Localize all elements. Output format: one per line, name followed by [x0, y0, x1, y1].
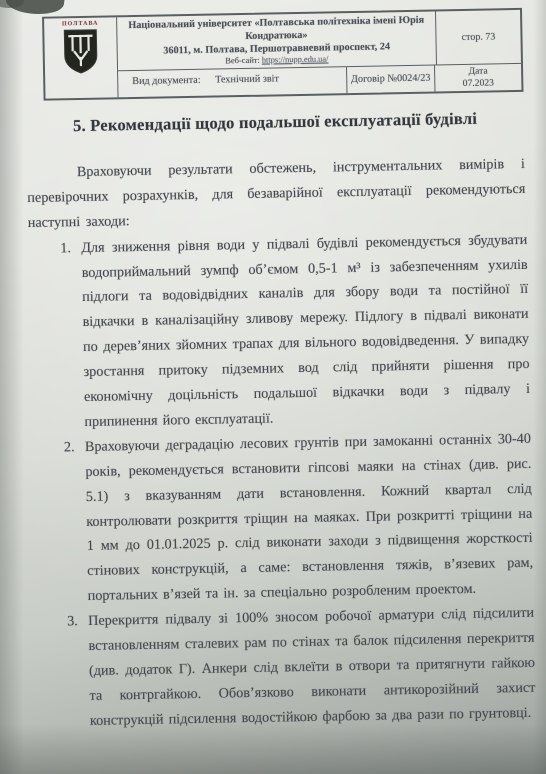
list-item: 3. Перекриття підвалу зі 100% зносом роб…	[33, 601, 537, 735]
date-label: Дата	[468, 66, 487, 78]
list-item: 1. Для зниження рівня води у підвалі буд…	[26, 227, 532, 435]
page-number-cell: стор. 73	[435, 10, 521, 64]
contract-cell: Договір №0024/23	[346, 65, 434, 93]
university-info-cell: Національний університет «Полтавська пол…	[117, 11, 436, 70]
header-logo-cell: ПОЛТАВА	[44, 17, 118, 98]
doc-type-value: Технічний звіт	[215, 73, 279, 85]
website-label: Веб-сайт:	[225, 56, 260, 66]
list-item-text: Для зниження рівня води у підвалі будівл…	[81, 227, 532, 434]
date-cell: Дата 07.2023	[434, 64, 521, 92]
logo-caption: ПОЛТАВА	[62, 21, 99, 28]
header-table: ПОЛТАВА	[42, 8, 523, 101]
header-table-top-row: Національний університет «Полтавська пол…	[117, 10, 521, 71]
doc-type-cell: Вид документа: Технічний звіт	[118, 67, 346, 97]
recommendations-list: 1. Для зниження рівня води у підвалі буд…	[26, 227, 537, 734]
contract-number: Договір №0024/23	[351, 73, 431, 85]
intro-paragraph: Враховуючи результати обстежень, інструм…	[27, 152, 526, 236]
list-item-number: 3.	[67, 609, 90, 734]
photo-shadow-left	[0, 0, 26, 774]
document-photo: ПОЛТАВА	[0, 0, 546, 774]
header-table-right: Національний університет «Полтавська пол…	[117, 10, 521, 97]
report-page: ПОЛТАВА	[22, 8, 537, 735]
section-title: 5. Рекомендації щодо подальшої експлуата…	[30, 108, 520, 137]
doc-type-label: Вид документа:	[132, 75, 201, 87]
university-name: Національний університет «Полтавська пол…	[128, 15, 424, 42]
list-item-text: Перекриття підвалу зі 100% зносом робочо…	[88, 601, 537, 734]
university-emblem-icon	[62, 28, 99, 81]
website-url: https://nupp.edu.ua/	[262, 55, 329, 65]
page-number: стор. 73	[462, 31, 496, 43]
list-item-text: Враховуючи деградацію лесових грунтів пр…	[85, 427, 535, 610]
date-value: 07.2023	[463, 77, 494, 89]
list-item: 2. Враховуючи деградацію лесових грунтів…	[30, 427, 535, 611]
